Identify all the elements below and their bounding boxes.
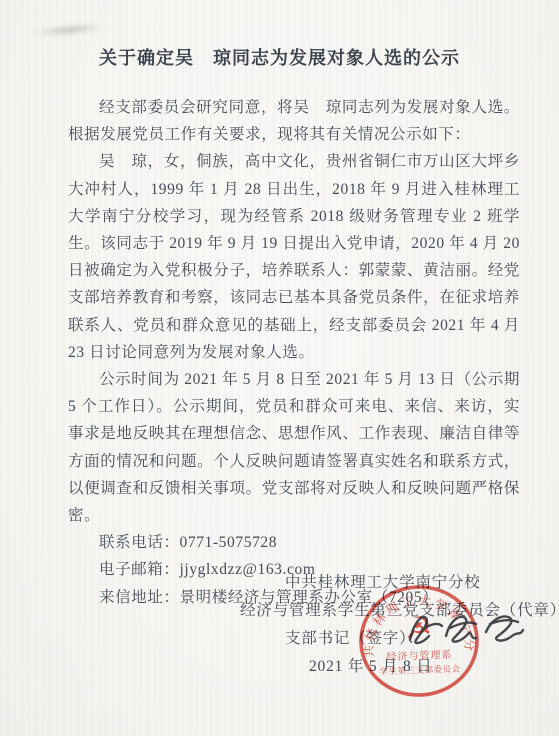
contact-email-value: jjyglxdzz@163.com xyxy=(180,561,316,578)
contact-phone-label: 联系电话： xyxy=(99,534,180,551)
contact-phone-value: 0771-5075728 xyxy=(180,534,278,551)
handwritten-signature xyxy=(402,606,528,658)
contact-address-label: 来信地址： xyxy=(99,589,180,606)
paragraph-intro: 经支部委员会研究同意，将吴 琼同志列为发展对象人选。根据发展党员工作有关要求，现… xyxy=(68,94,520,148)
page-title: 关于确定吴 琼同志为发展对象人选的公示 xyxy=(0,44,559,70)
paragraph-publicity-period: 公示时间为 2021 年 5 月 8 日至 2021 年 5 月 13 日（公示… xyxy=(68,366,520,529)
contact-phone-line: 联系电话：0771-5075728 xyxy=(68,529,520,556)
seal-inner-line2: 学生第三支部委员会 xyxy=(379,664,460,677)
contact-email-line: 电子邮箱：jjyglxdzz@163.com xyxy=(68,556,520,583)
scanned-notice-page: 关于确定吴 琼同志为发展对象人选的公示 经支部委员会研究同意，将吴 琼同志列为发… xyxy=(0,0,559,736)
signature-strokes xyxy=(402,606,528,658)
scan-smudge-artifact xyxy=(32,21,107,39)
document-body: 经支部委员会研究同意，将吴 琼同志列为发展对象人选。根据发展党员工作有关要求，现… xyxy=(68,94,520,611)
paragraph-profile: 吴 琼，女，侗族，高中文化，贵州省铜仁市万山区大坪乡大冲村人，1999 年 1 … xyxy=(68,148,520,366)
contact-email-label: 电子邮箱： xyxy=(99,561,180,578)
